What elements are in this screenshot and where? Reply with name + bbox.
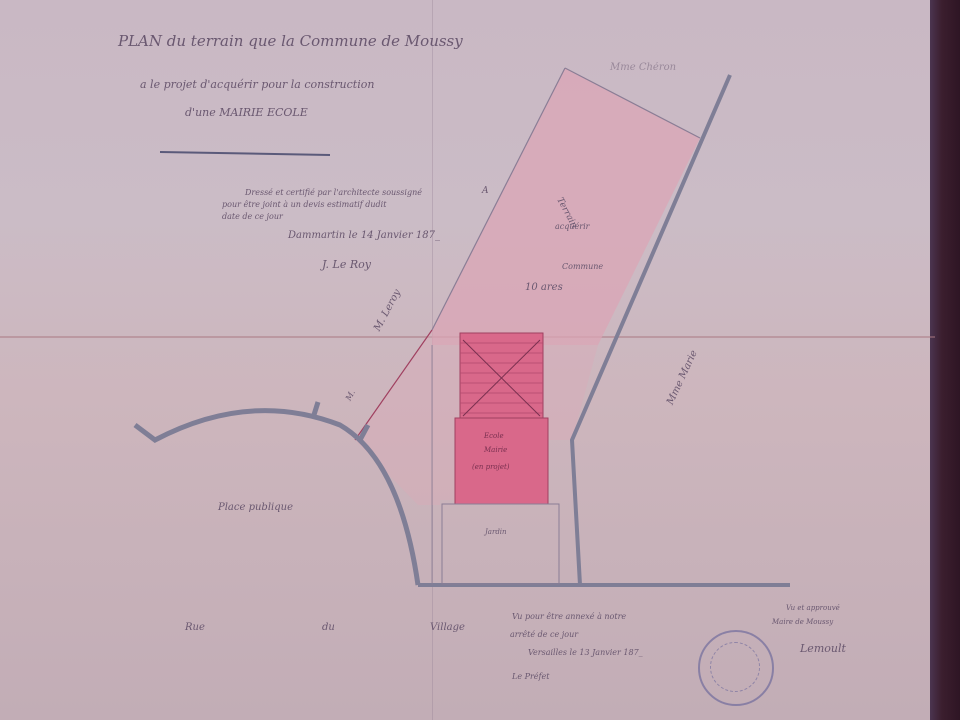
building-label-ecole: Ecole	[484, 432, 504, 440]
plan-title-line-1: PLAN du terrain que la Commune de Moussy	[118, 32, 463, 50]
jardin-label: Jardin	[485, 528, 507, 536]
mayor-signature: Lemoult	[800, 642, 846, 655]
neighbor-top-label: Mme Chéron	[610, 62, 676, 73]
street-label-du: du	[322, 622, 335, 633]
certification-line-1: Dressé et certifié par l'architecte sous…	[245, 188, 422, 197]
architect-signature: J. Le Roy	[322, 258, 371, 271]
jardin-area	[442, 504, 559, 584]
approval-line-2: arrêté de ce jour	[510, 630, 578, 639]
mayor-line-2: Maire de Moussy	[772, 618, 833, 626]
building-mairie-ecole	[455, 418, 548, 504]
approval-line-1: Vu pour être annexé à notre	[512, 612, 626, 621]
place-publique-label: Place publique	[218, 502, 293, 513]
approval-line-4: Le Préfet	[512, 672, 549, 681]
terrain-area: 10 ares	[525, 282, 563, 293]
plot-letter: A	[482, 186, 489, 196]
building-preau	[460, 333, 543, 418]
building-label-projet: (en projet)	[472, 463, 510, 471]
terrain-label-commune: Commune	[562, 262, 603, 271]
certification-line-3: date de ce jour	[222, 212, 283, 221]
official-seal-stamp	[698, 630, 774, 706]
terrain-label-2: acquérir	[555, 222, 589, 231]
certification-place-date: Dammartin le 14 Janvier 187_	[288, 230, 440, 241]
approval-line-3: Versailles le 13 Janvier 187_	[528, 648, 643, 657]
site-plan-drawing	[0, 0, 935, 720]
street-label-rue: Rue	[185, 622, 205, 633]
street-label-village: Village	[430, 622, 465, 633]
plan-title-line-3: d'une MAIRIE ECOLE	[185, 106, 308, 119]
plan-title-line-2: a le projet d'acquérir pour la construct…	[140, 78, 374, 91]
certification-line-2: pour être joint à un devis estimatif dud…	[222, 200, 386, 209]
mayor-line-1: Vu et approuvé	[786, 604, 840, 612]
building-label-mairie: Mairie	[484, 446, 507, 454]
